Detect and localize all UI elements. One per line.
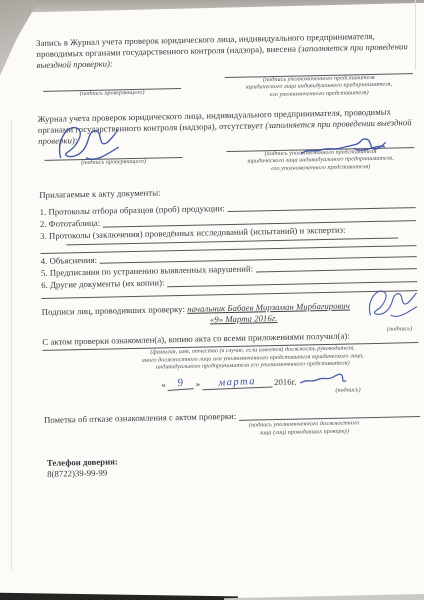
representative-signature-block-2: (подпись уполномоченного представителя ю… [226, 147, 414, 174]
representative-handwritten-signature [298, 136, 386, 158]
paragraph-journal-record: Запись в Журнал учета проверок юридическ… [36, 30, 413, 71]
attachments-title: Прилагаемые к акту документы: [39, 182, 415, 201]
signers-label: Подписи лиц, проводивших проверку: [42, 304, 185, 317]
list-item-label: 4. Объяснения: [41, 254, 98, 266]
document-content: Запись в Журнал учета проверок юридическ… [36, 30, 421, 480]
sign-caption: (подпись) [387, 326, 412, 334]
signer-handwritten-signature [363, 283, 420, 322]
ack-year: 2016г. [274, 377, 297, 389]
signature-row-1: (подпись проверяющего) (подпись уполномо… [37, 73, 413, 103]
page-edge-shadow-left [11, 120, 12, 570]
ack-day-handwritten: 9 [167, 377, 194, 391]
list-item-label: 2. Фототаблица: [40, 218, 101, 230]
scanned-document: Запись в Журнал учета проверок юридическ… [0, 0, 424, 600]
signers-section: Подписи лиц, проводивших проверку: начал… [42, 299, 418, 329]
acknowledgement-section: С актом проверки ознакомлен(а), копию ак… [42, 329, 419, 401]
blank-line [41, 290, 417, 299]
page-edge-shadow-right [415, 0, 416, 70]
inspector-handwritten-signature [52, 118, 123, 165]
list-item-label: 6. Другие документы (их копии): [41, 277, 165, 291]
quote-open: « [161, 379, 166, 390]
refusal-section: Пометка об отказе ознакомления с актом п… [44, 407, 420, 441]
ack-month-handwritten: марта [202, 376, 272, 391]
quote-close: » [196, 379, 201, 390]
ack-sign-caption: (подпись) [335, 386, 419, 395]
ack-handwritten-signature [298, 371, 348, 387]
attachments-list: 1. Протоколы отбора образцов (проб) прод… [40, 199, 418, 299]
inspector-signature-block: (подпись проверяющего) [43, 88, 181, 103]
inspector-signature-caption: (подпись проверяющего) [43, 89, 181, 99]
representative-signature-block: (подпись уполномоченного представителя ю… [225, 73, 413, 100]
